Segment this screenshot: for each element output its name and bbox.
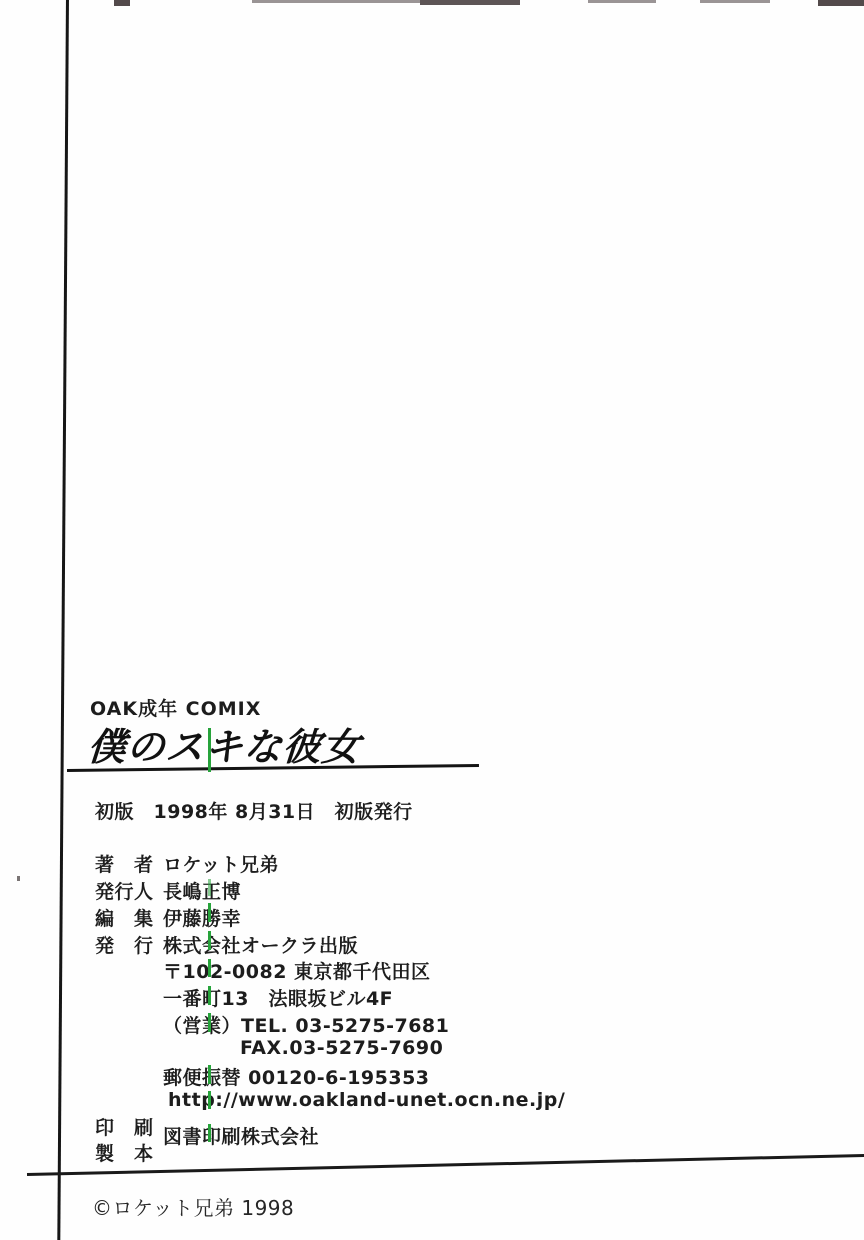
edition-line: 初版 1998年 8月31日 初版発行 [95,797,413,824]
credit-label-author: 著 者 [95,850,154,877]
scan-top-smudge [588,0,656,3]
book-title: 僕のスキな彼女 [86,716,363,771]
scan-speck [17,876,20,881]
website-url: http://www.oakland-unet.ocn.ne.jp/ [168,1089,565,1111]
scan-top-smudge [114,0,130,6]
printing-label: 印 刷 [95,1113,154,1140]
address-postal-line: 〒102-0082 東京都千代田区 [163,957,431,984]
scan-green-scratch [208,903,211,922]
credit-value-editor: 伊藤勝幸 [163,904,241,931]
credit-label-publisher-person: 発行人 [95,877,154,904]
scan-green-scratch [208,986,211,1005]
fax-line: FAX.03-5275-7690 [240,1037,443,1059]
scan-green-scratch [208,1124,211,1142]
scan-green-scratch [208,959,211,977]
scan-top-smudge [252,0,420,3]
scan-green-scratch [208,879,211,896]
scan-green-scratch [208,728,211,772]
scan-top-smudge [818,0,864,6]
credit-label-editor: 編 集 [95,904,154,931]
address-street-line: 一番町13 法眼坂ビル4F [163,984,393,1011]
postal-transfer-line: 郵便振替 00120-6-195353 [163,1063,430,1090]
scan-left-edge-line [57,0,69,1240]
binding-label: 製 本 [95,1139,154,1166]
colophon-page: OAK成年 COMIX 僕のスキな彼女 初版 1998年 8月31日 初版発行 … [0,0,864,1240]
telephone-line: （営業）TEL. 03-5275-7681 [163,1011,449,1038]
credit-value-publishing-house: 株式会社オークラ出版 [163,931,358,958]
scan-green-scratch [208,1013,211,1032]
credit-value-publisher-person: 長嶋正博 [163,877,241,904]
scan-green-scratch [208,931,211,950]
scan-top-smudge [420,0,520,5]
scan-green-scratch [208,1065,211,1084]
credit-label-publishing-house: 発 行 [95,931,154,958]
copyright-line: ©ロケット兄弟 1998 [92,1192,294,1221]
credit-value-author: ロケット兄弟 [163,850,279,877]
scan-green-scratch [208,1091,211,1109]
printer-name: 図書印刷株式会社 [163,1122,319,1149]
scan-top-smudge [700,0,770,3]
